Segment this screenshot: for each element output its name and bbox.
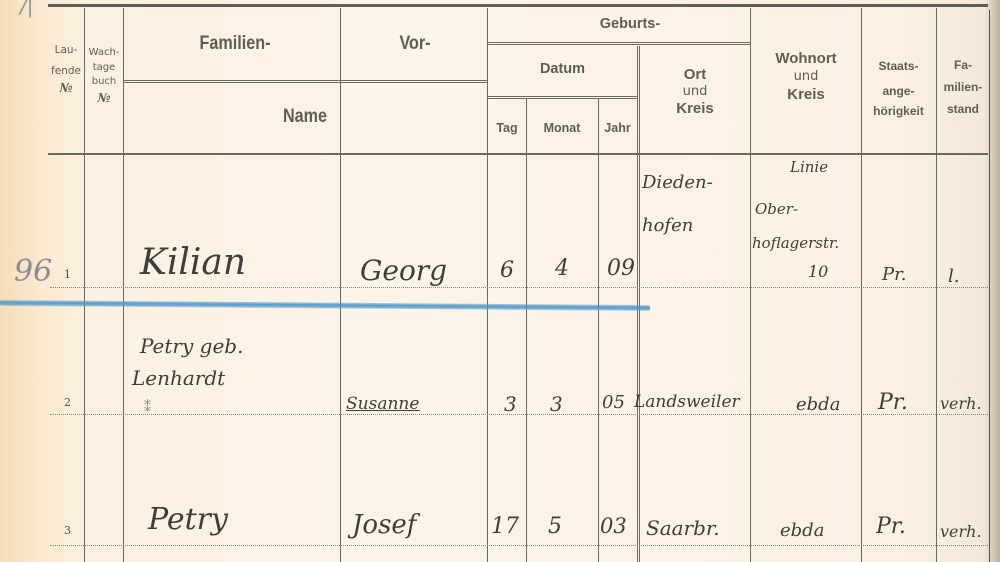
numero-sign: № [85,92,123,104]
wohnort-cell: ebda [780,520,824,541]
col-line [639,46,640,562]
numero-sign: № [46,82,86,95]
vorname-cell: Josef [352,510,416,540]
header-text: Fa- [936,54,990,76]
ort-cell: Saarbr. [646,516,720,540]
header-text: tage [85,62,123,74]
jahr-cell: 09 [607,256,635,281]
familienstand-cell: verh. [940,522,982,541]
header-text: Ort [640,66,750,83]
header-text: und [640,84,750,99]
header-text: Lau- [46,44,86,57]
header-name: Name [250,106,361,128]
familienname-cell-line1: Petry geb. [140,334,243,358]
vorname-cell: Susanne [346,394,419,414]
col-line [526,98,527,562]
header-datum: Datum [488,61,637,77]
col-line [340,8,341,562]
header-text: fende [46,65,86,78]
wohnort-cell-line2: Ober- [755,200,798,218]
header-text: Kreis [751,86,861,103]
tag-cell: 17 [491,514,519,539]
jahr-cell: 03 [600,514,627,538]
pencil-mark: ⁑ [144,400,151,416]
col-line [123,8,124,562]
header-text: Kreis [640,100,750,117]
header-familienstand: Fa- milien- stand [936,54,990,120]
header-text: Staats- [861,54,936,79]
header-laufende-no: Lau- fende № [46,44,86,95]
header-wohnort-kreis: Wohnort und Kreis [751,50,861,103]
row-1-baseline [50,287,988,288]
ort-cell-line2: hofen [642,215,693,236]
col-line [598,98,599,562]
familien-name-divider [124,80,487,83]
blue-pencil-line [0,300,650,311]
header-wachtagebuch-no: Wach- tage buch № [85,47,123,104]
row-2-baseline [50,414,988,415]
monat-cell: 5 [548,514,562,539]
staatsangehoerigkeit-cell: Pr. [878,390,908,415]
geburts-divider [488,42,750,45]
row-number: 2 [64,396,71,409]
header-tag: Tag [488,121,526,135]
ort-cell: Landsweiler [634,392,740,412]
header-text: ange- [861,79,936,104]
wohnort-cell-line1: Linie [790,158,828,176]
header-vor: Vor- [368,33,462,55]
jahr-cell: 05 [602,392,625,413]
familienname-cell: Petry [148,502,228,537]
header-jahr: Jahr [598,121,637,135]
ort-cell-line1: Dieden- [642,172,713,193]
staatsangehoerigkeit-cell: Pr. [882,264,906,285]
vorname-cell: Georg [360,254,447,287]
wohnort-cell-line4: 10 [808,262,828,281]
row-number: 3 [64,524,71,537]
familienname-cell-line2: Lenhardt [132,366,225,390]
corner-pencil-mark: /| [20,0,33,18]
row-number: 1 [64,268,71,281]
header-monat: Monat [526,121,598,135]
header-text: Wohnort [751,50,861,67]
col-line [637,46,638,562]
header-ort-kreis: Ort und Kreis [640,66,750,117]
familienname-cell: Kilian [140,242,246,283]
datum-divider [488,96,637,99]
header-text: und [751,69,861,84]
wohnort-cell: ebda [796,394,840,415]
header-text: milien- [936,76,990,98]
top-rule [48,4,988,7]
tag-cell: 6 [500,258,514,283]
familienstand-cell: verh. [940,394,982,413]
col-line [487,8,488,562]
wohnort-cell-line3: hoflagerstr. [752,234,839,252]
monat-cell: 4 [555,256,569,281]
header-text: hörigkeit [861,104,936,118]
header-text: Wach- [85,47,123,59]
header-staatsangehoerigkeit: Staats- ange- hörigkeit [861,54,936,118]
header-familien: Familien- [163,33,308,55]
header-bottom-rule [48,153,988,155]
header-text: stand [936,98,990,120]
row-3-baseline [50,545,988,546]
tag-cell: 3 [504,392,517,416]
staatsangehoerigkeit-cell: Pr. [876,514,906,539]
margin-pencil-number: 96 [14,254,52,289]
header-geburts: Geburts- [560,16,700,32]
monat-cell: 3 [550,392,563,416]
familienstand-cell: l. [948,266,959,287]
header-text: buch [85,76,123,88]
